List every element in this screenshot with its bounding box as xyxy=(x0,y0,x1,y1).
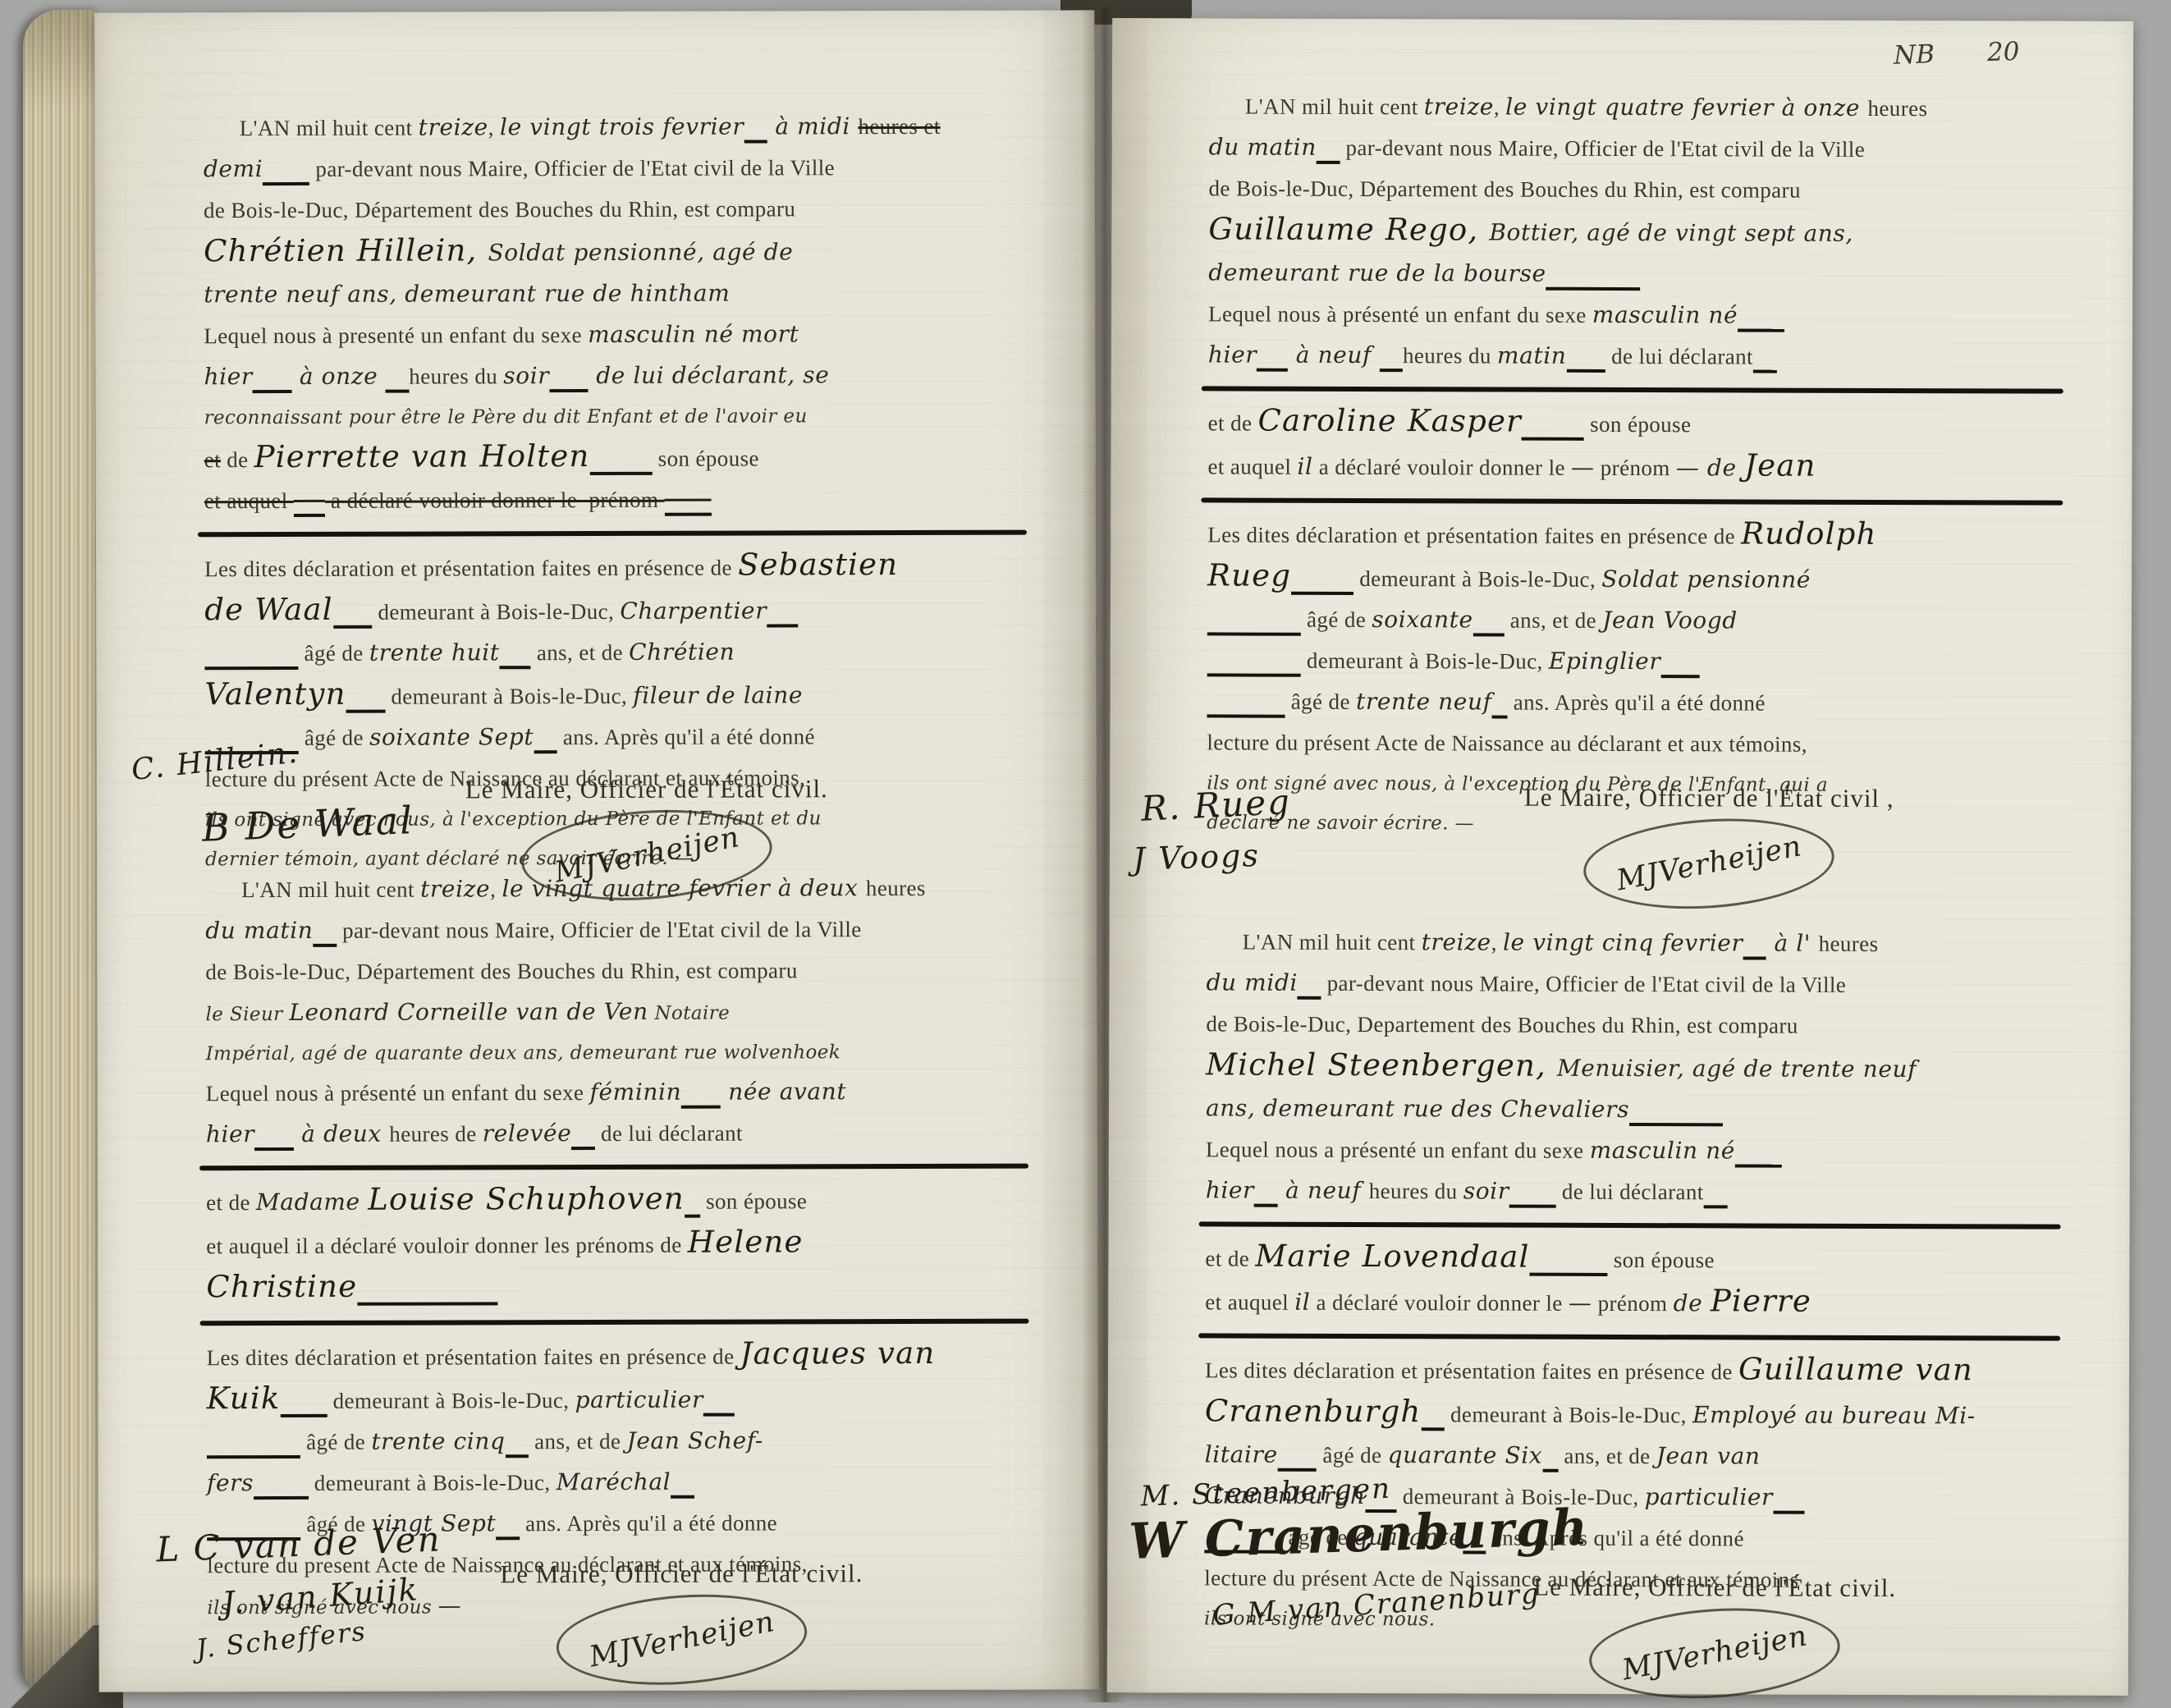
text-segment: Cranenburgh xyxy=(1205,1393,1422,1429)
act-line: et de Madame Louise Schuphoven son épous… xyxy=(206,1179,1027,1225)
text-segment: et auquel xyxy=(1205,1289,1294,1314)
text-segment: Guillaume Rego, xyxy=(1208,211,1489,247)
act-line: hier à onze heures du soir de lui déclar… xyxy=(204,356,1024,400)
text-segment xyxy=(496,1509,520,1540)
text-segment: ans, et de xyxy=(1505,608,1603,633)
text-segment: , xyxy=(1491,931,1503,955)
text-segment: Marie Lovendaal xyxy=(1255,1239,1529,1275)
separator-rule xyxy=(1202,386,2063,393)
text-segment: Chrétien xyxy=(629,639,735,666)
folio-number: NB20 xyxy=(1894,37,2020,71)
text-segment xyxy=(1492,689,1508,719)
text-segment xyxy=(280,1387,327,1417)
text-segment xyxy=(1207,687,1285,717)
register-page-right: NB20 L'AN mil huit cent treize, le vingt… xyxy=(1107,18,2133,1696)
act-line: Impérial, agé de quarante deux ans, deme… xyxy=(206,1033,1027,1075)
text-segment: trente neuf xyxy=(1356,688,1492,716)
act-line: L'AN mil huit cent treize, le vingt troi… xyxy=(204,108,1024,151)
text-segment: — xyxy=(1571,454,1595,481)
act-line: Les dites déclaration et présentation fa… xyxy=(204,546,1025,592)
text-segment: Madame xyxy=(256,1188,368,1216)
text-segment xyxy=(294,487,325,517)
text-segment: demeurant à Bois-le-Duc, xyxy=(1301,648,1549,674)
mayor-title-act3: Le Maire, Officier de l'État civil , xyxy=(1454,781,1963,815)
mayor-attestation-act3: Le Maire, Officier de l'État civil , MJV… xyxy=(1454,781,1963,909)
text-segment: , xyxy=(488,115,500,140)
act-line: de Bois-le-Duc, Departement des Bouches … xyxy=(1206,1005,2059,1048)
act-line: âgé de soixante Sept ans. Après qu'il a … xyxy=(205,717,1026,761)
text-segment: Employé au bureau Mi- xyxy=(1692,1401,1976,1429)
act-line: L'AN mil huit cent treize, le vingt quat… xyxy=(1209,87,2063,131)
text-segment: ans, demeurant rue des Chevaliers xyxy=(1206,1094,1629,1123)
text-segment: particulier xyxy=(1645,1483,1773,1510)
text-segment xyxy=(254,1120,294,1151)
text-segment: heures de xyxy=(389,1121,483,1146)
mayor-attestation-act2: Le Maire, Officier de l'État civil. MJVe… xyxy=(427,1557,936,1685)
text-segment: masculin xyxy=(588,321,696,348)
text-segment: par-devant nous Maire, Officier de l'Eta… xyxy=(337,917,862,943)
act-line: et auquel il a déclaré vouloir donner le… xyxy=(206,1223,1027,1269)
text-segment: Jean van xyxy=(1656,1442,1761,1469)
signature-witness1-act3: R. Rueg xyxy=(1140,781,1292,829)
text-segment: L'AN mil huit cent xyxy=(241,877,420,903)
act-line: et de Caroline Kasper son épouse xyxy=(1208,401,2062,447)
text-segment: Impérial, agé de quarante deux ans, deme… xyxy=(206,1042,841,1065)
act-line: Les dites déclaration et présentation fa… xyxy=(1205,1349,2059,1394)
text-segment: Helene xyxy=(688,1224,804,1259)
text-segment: Guillaume van xyxy=(1738,1351,1973,1387)
text-segment: et de xyxy=(1205,1246,1255,1271)
separator-rule xyxy=(198,530,1027,538)
text-segment: à deux xyxy=(294,1120,390,1147)
text-segment: treize xyxy=(420,875,490,902)
text-segment xyxy=(589,445,652,475)
text-segment: Lequel nous à présenté un enfant du sexe xyxy=(206,1080,590,1106)
text-segment: Soldat pensionné xyxy=(1601,566,1811,593)
text-segment: le vingt quatre fevrier xyxy=(502,874,770,902)
act-line: âgé de soixante ans, et de Jean Voogd xyxy=(1207,600,2061,643)
text-segment: treize xyxy=(1424,93,1494,120)
act-line: de Bois-le-Duc, Département des Bouches … xyxy=(205,951,1026,995)
text-segment xyxy=(1298,969,1321,1000)
signature-witness-act1: B De Waal xyxy=(201,798,415,850)
text-segment: de lui déclarant, se xyxy=(589,361,830,389)
text-segment: Lequel nous a présenté un enfant du sexe xyxy=(1206,1137,1590,1162)
text-segment: féminin xyxy=(589,1078,681,1106)
text-segment: le vingt cinq fevrier xyxy=(1503,929,1743,957)
act-line: du matin par-devant nous Maire, Officier… xyxy=(205,910,1026,954)
text-segment xyxy=(744,112,767,143)
text-segment: Jean Voogd xyxy=(1602,607,1738,634)
text-segment: il xyxy=(1294,1289,1310,1316)
text-segment: âgé de xyxy=(1301,607,1372,632)
act-line: reconnaissant pour être le Père du dit E… xyxy=(204,397,1025,439)
mayor-signature-oval-act2: MJVerheijen xyxy=(553,1587,810,1693)
text-segment: L'AN mil huit cent xyxy=(1245,94,1424,120)
act-line: et de Pierrette van Holten son épouse xyxy=(204,437,1025,483)
text-segment: Les dites déclaration et présentation fa… xyxy=(1207,522,1741,548)
text-segment: Epinglier xyxy=(1549,648,1661,675)
act-line: hier à deux heures de relevée de lui déc… xyxy=(206,1114,1027,1157)
text-segment: Jacques van xyxy=(740,1335,936,1371)
text-segment xyxy=(505,1427,529,1458)
birth-act-3: L'AN mil huit cent treize, le vingt quat… xyxy=(1207,87,2063,845)
text-segment: Les dites déclaration et présentation fa… xyxy=(1205,1358,1738,1384)
text-segment: demi xyxy=(204,155,263,182)
text-segment xyxy=(1753,343,1777,373)
text-segment: ans, et de xyxy=(531,640,630,665)
birth-act-2: L'AN mil huit cent treize, le vingt quat… xyxy=(205,869,1028,1629)
text-segment xyxy=(346,683,386,713)
text-segment: ans, et de xyxy=(529,1429,627,1454)
text-segment: âgé de xyxy=(298,641,369,666)
text-segment: le vingt quatre fevrier xyxy=(1505,94,1774,121)
text-segment xyxy=(500,639,531,669)
text-segment: heures et xyxy=(858,114,940,139)
text-segment xyxy=(571,1120,595,1150)
act-line: Valentyn demeurant à Bois-le-Duc, fileur… xyxy=(204,674,1025,720)
act-line: et auquel il a déclaré vouloir donner le… xyxy=(1207,445,2061,491)
text-segment: lecture du présent Acte de Naissance au … xyxy=(1207,730,1807,756)
text-segment xyxy=(1530,1246,1608,1276)
act-line: Lequel nous a présenté un enfant du sexe… xyxy=(1206,1130,2059,1174)
text-segment: et auquel xyxy=(1207,454,1297,479)
text-segment xyxy=(1660,648,1700,678)
text-segment: demeurant à Bois-le-Duc, xyxy=(385,684,633,709)
text-segment: de Bois-le-Duc, Département des Bouches … xyxy=(204,196,795,222)
text-segment: son épouse xyxy=(700,1188,807,1213)
text-segment xyxy=(681,1078,721,1109)
text-segment: à l' xyxy=(1766,930,1819,957)
text-segment xyxy=(534,723,557,753)
text-segment: fileur de laine xyxy=(633,681,803,709)
text-segment: reconnaissant pour être le Père du dit E… xyxy=(204,405,808,428)
act-line: Lequel nous à présenté un enfant du sexe… xyxy=(1208,295,2062,338)
act-line: du midi par-devant nous Maire, Officier … xyxy=(1206,964,2059,1007)
text-segment xyxy=(1566,342,1605,373)
text-segment: Soldat pensionné, agé de xyxy=(488,238,793,266)
text-segment: demeurant à Bois-le-Duc, xyxy=(372,599,620,625)
text-segment xyxy=(253,363,292,393)
text-segment: heures xyxy=(866,876,926,900)
act-line: Les dites déclaration et présentation fa… xyxy=(1207,513,2061,559)
act-line: de Waal demeurant à Bois-le-Duc, Charpen… xyxy=(204,589,1025,635)
text-segment: prénom xyxy=(1592,1291,1673,1316)
text-segment: le vingt trois fevrier xyxy=(500,113,744,141)
text-segment xyxy=(703,1386,735,1417)
folio-page-number: 20 xyxy=(1986,37,2020,67)
act-line: Les dites déclaration et présentation fa… xyxy=(207,1335,1028,1381)
text-segment xyxy=(254,1469,309,1500)
text-segment: née avant xyxy=(721,1078,847,1105)
text-segment xyxy=(263,155,309,185)
text-segment: L'AN mil huit cent xyxy=(240,116,419,141)
text-segment: de Waal xyxy=(204,592,333,627)
text-segment: Les dites déclaration et présentation fa… xyxy=(204,556,738,582)
mayor-title-act4: Le Maire, Officier de l'État civil. xyxy=(1460,1570,1969,1605)
text-segment xyxy=(664,486,711,516)
text-segment xyxy=(1773,1484,1804,1514)
act-line: âgé de trente cinq ans, et de Jean Schef… xyxy=(207,1422,1028,1465)
text-segment xyxy=(1254,1177,1278,1207)
act-line: âgé de trente neuf ans. Après qu'il a ét… xyxy=(1207,682,2061,726)
text-segment: âgé de xyxy=(1317,1443,1388,1468)
text-segment: par-devant nous Maire, Officier de l'Eta… xyxy=(309,155,835,181)
text-segment xyxy=(1379,341,1403,372)
text-segment xyxy=(1317,134,1340,164)
text-segment: Louise Schuphoven xyxy=(368,1181,685,1217)
text-segment: a déclaré vouloir donner le xyxy=(1313,455,1572,480)
text-segment: Jean Schef- xyxy=(626,1426,763,1454)
mayor-title-act1: Le Maire, Officier de l'État civil. xyxy=(392,772,901,807)
text-segment: matin xyxy=(1497,342,1567,369)
text-segment: ans, et de xyxy=(1558,1444,1656,1468)
text-segment: demeurant à Bois-le-Duc, xyxy=(309,1470,556,1495)
text-segment: par-devant nous Maire, Officier de l'Eta… xyxy=(1321,971,1846,997)
text-segment: Christine xyxy=(206,1269,357,1304)
mayor-signature-act4: MJVerheijen xyxy=(1619,1619,1810,1687)
text-segment xyxy=(1522,410,1584,441)
text-segment: âgé de xyxy=(1285,689,1357,714)
act-line: Kuik demeurant à Bois-le-Duc, particulie… xyxy=(207,1378,1028,1424)
text-segment: de xyxy=(1674,1289,1711,1316)
text-segment: masculin xyxy=(1592,301,1701,328)
text-segment: prénom xyxy=(583,488,664,512)
text-segment: il xyxy=(1297,453,1312,480)
text-segment: Bottier, agé de vingt sept ans, xyxy=(1489,218,1853,246)
text-segment xyxy=(333,598,373,629)
text-segment: son épouse xyxy=(652,446,758,470)
text-segment: L'AN mil huit cent xyxy=(1243,930,1422,955)
text-segment: du midi xyxy=(1206,968,1298,996)
text-segment: de Bois-le-Duc, Département des Bouches … xyxy=(205,958,797,984)
act-line: de Bois-le-Duc, Département des Bouches … xyxy=(204,190,1024,233)
text-segment: et xyxy=(204,447,221,472)
act-line: du matin par-devant nous Maire, Officier… xyxy=(1209,128,2063,172)
text-segment: heures du xyxy=(1403,343,1497,368)
act-line: hier à neuf heures du matin de lui décla… xyxy=(1208,336,2062,379)
text-segment: particulier xyxy=(575,1386,703,1413)
text-segment xyxy=(685,1188,700,1218)
text-segment: ans. Après qu'il a été donné xyxy=(557,724,815,749)
separator-rule xyxy=(199,1319,1028,1326)
text-segment: trente cinq xyxy=(371,1427,505,1454)
text-segment: relevée xyxy=(483,1120,572,1147)
text-segment xyxy=(1278,1441,1317,1472)
text-segment: heures xyxy=(1819,932,1879,956)
act-line: demeurant à Bois-le-Duc, Epinglier xyxy=(1207,641,2061,685)
text-segment: son épouse xyxy=(1608,1248,1715,1272)
text-segment: Leonard Corneille van de Ven xyxy=(289,998,648,1026)
act-line: Guillaume Rego, Bottier, agé de vingt se… xyxy=(1208,210,2062,256)
text-segment: fers xyxy=(207,1469,254,1496)
text-segment: âgé de xyxy=(300,1430,371,1454)
text-segment: et de xyxy=(206,1190,256,1215)
text-segment: Rueg xyxy=(1207,557,1291,593)
text-segment: à neuf xyxy=(1278,1177,1369,1204)
text-segment: né xyxy=(1701,301,1738,328)
text-segment: soir xyxy=(503,362,549,389)
text-segment xyxy=(207,1428,300,1458)
text-segment: treize xyxy=(419,113,488,140)
mayor-signature-oval-act4: MJVerheijen xyxy=(1587,1600,1844,1706)
text-segment: demeurant à Bois-le-Duc, xyxy=(1445,1402,1692,1427)
text-segment xyxy=(357,1275,497,1305)
text-segment: du matin xyxy=(205,917,313,944)
text-segment: , xyxy=(490,877,502,901)
signature-witness2-act3: J Voogs xyxy=(1132,837,1260,877)
text-segment: le Sieur xyxy=(205,1004,289,1025)
act-line: L'AN mil huit cent treize, le vingt cinq… xyxy=(1207,923,2060,966)
text-segment xyxy=(1743,929,1766,959)
text-segment: heures du xyxy=(1369,1179,1463,1203)
text-segment xyxy=(313,917,337,947)
text-segment: demeurant rue de la bourse xyxy=(1208,259,1546,286)
text-segment: , xyxy=(1494,95,1505,120)
act-line: de Bois-le-Duc, Département des Bouches … xyxy=(1208,169,2062,213)
text-segment: et auquel xyxy=(204,488,294,513)
register-page-left: L'AN mil huit cent treize, le vingt troi… xyxy=(94,10,1098,1692)
text-segment: prénom xyxy=(1595,456,1676,480)
text-segment: né mort xyxy=(696,320,799,347)
text-segment xyxy=(204,639,298,670)
text-segment: son épouse xyxy=(1584,412,1691,437)
text-segment: demeurant à Bois-le-Duc, xyxy=(1353,566,1601,592)
text-segment: quarante Six xyxy=(1388,1441,1543,1469)
separator-rule xyxy=(1201,497,2063,505)
text-segment: Lequel nous à presenté un enfant du sexe xyxy=(204,323,588,348)
text-segment xyxy=(1735,1137,1782,1167)
act-line: Cranenburgh demeurant à Bois-le-Duc, Emp… xyxy=(1205,1392,2059,1438)
text-segment: âgé de xyxy=(299,726,369,750)
text-segment: à neuf xyxy=(1288,341,1379,369)
text-segment xyxy=(767,597,798,627)
text-segment: Caroline Kasper xyxy=(1257,403,1522,439)
text-segment: par-devant nous Maire, Officier de l'Eta… xyxy=(1340,135,1865,162)
text-segment: hier xyxy=(204,363,252,390)
text-segment: du matin xyxy=(1209,133,1317,160)
text-segment: soixante Sept xyxy=(369,723,534,751)
text-segment: et de xyxy=(1208,410,1258,435)
act-line: demeurant rue de la bourse xyxy=(1208,254,2062,297)
text-segment: Charpentier xyxy=(620,597,767,624)
act-line: Rueg demeurant à Bois-le-Duc, Soldat pen… xyxy=(1207,556,2061,602)
mayor-attestation-act4: Le Maire, Officier de l'État civil. MJVe… xyxy=(1460,1570,1969,1698)
text-segment: — de xyxy=(1676,454,1744,481)
text-segment xyxy=(1473,606,1505,636)
text-segment: Lequel nous à présenté un enfant du sexe xyxy=(1208,301,1592,327)
act-line: Christine xyxy=(206,1266,1027,1312)
text-segment: Chrétien Hillein, xyxy=(204,232,488,268)
text-segment: ans. Après qu'il a été donné xyxy=(1508,690,1766,716)
text-segment: Kuik xyxy=(207,1381,281,1416)
text-segment xyxy=(386,363,410,393)
folio-mark: NB xyxy=(1894,39,1935,71)
mayor-signature-oval-act3: MJVerheijen xyxy=(1581,811,1838,916)
act-line: fers demeurant à Bois-le-Duc, Maréchal xyxy=(207,1463,1028,1506)
text-segment: Menuisier, agé de trente neuf xyxy=(1557,1055,1917,1083)
mayor-signature-act3: MJVerheijen xyxy=(1614,830,1804,897)
act-line: Chrétien Hillein, Soldat pensionné, agé … xyxy=(204,231,1024,277)
text-segment: heures du xyxy=(409,364,503,388)
act-line: le Sieur Leonard Corneille van de Ven No… xyxy=(205,992,1026,1036)
text-segment xyxy=(1509,1178,1556,1208)
text-segment: à deux xyxy=(770,874,866,901)
text-segment: Michel Steenbergen, xyxy=(1206,1046,1557,1083)
act-line: et auquel il a déclaré vouloir donner le… xyxy=(1205,1280,2059,1326)
text-segment: trente huit xyxy=(369,639,500,666)
text-segment: ans. Après qu'il a été donne xyxy=(520,1510,777,1536)
act-line: Lequel nous à presenté un enfant du sexe… xyxy=(204,315,1024,359)
text-segment: treize xyxy=(1422,928,1491,955)
separator-rule xyxy=(199,1164,1028,1171)
act-line: demi par-devant nous Maire, Officier de … xyxy=(204,149,1024,192)
separator-rule xyxy=(1198,1333,2060,1340)
act-line: Michel Steenbergen, Menuisier, agé de tr… xyxy=(1206,1046,2059,1092)
text-segment: de lui déclarant xyxy=(595,1121,743,1146)
text-segment: Sebastien xyxy=(738,547,898,583)
text-segment: né xyxy=(1698,1137,1735,1164)
mayor-title-act2: Le Maire, Officier de l'État civil. xyxy=(427,1557,936,1591)
act-line: lecture du présent Acte de Naissance au … xyxy=(1207,723,2060,767)
act-line: Lequel nous à présenté un enfant du sexe… xyxy=(206,1073,1027,1116)
text-segment: Pierrette van Holten xyxy=(254,438,590,474)
separator-rule xyxy=(1199,1221,2061,1229)
text-segment xyxy=(1257,341,1288,372)
text-segment: et auquel il a déclaré vouloir donner le… xyxy=(206,1233,688,1259)
text-segment: — xyxy=(1569,1289,1592,1316)
text-segment xyxy=(1542,1442,1558,1472)
text-segment xyxy=(1207,605,1301,635)
text-segment: trente neuf ans, demeurant rue de hintha… xyxy=(204,280,730,309)
text-segment: soixante xyxy=(1372,606,1473,633)
text-segment: Valentyn xyxy=(204,676,346,712)
text-segment: Notaire xyxy=(648,1003,730,1024)
act-line: et de Marie Lovendaal son épouse xyxy=(1205,1237,2059,1283)
book-page-edges xyxy=(23,10,100,1692)
text-segment: Les dites déclaration et présentation fa… xyxy=(207,1344,740,1371)
text-segment: Rudolph xyxy=(1741,515,1877,552)
text-segment: a déclaré vouloir donner le xyxy=(325,488,584,513)
text-segment: de Bois-le-Duc, Département des Bouches … xyxy=(1209,176,1801,202)
text-segment: litaire xyxy=(1205,1440,1278,1468)
text-segment: soir xyxy=(1463,1177,1509,1204)
text-segment: de Bois-le-Duc, Departement des Bouches … xyxy=(1206,1011,1798,1037)
text-segment: hier xyxy=(1208,341,1257,368)
text-segment xyxy=(1421,1400,1445,1431)
text-segment: de xyxy=(221,447,254,472)
act-line: et auquel a déclaré vouloir donner le pr… xyxy=(204,480,1025,524)
text-segment: de lui déclarant xyxy=(1605,344,1753,369)
text-segment xyxy=(1207,646,1301,676)
text-segment: masculin xyxy=(1590,1137,1698,1164)
act-line: litaire âgé de quarante Six ans, et de J… xyxy=(1205,1436,2059,1479)
act-line: ans, demeurant rue des Chevaliers xyxy=(1206,1089,2059,1133)
act-line: hier à neuf heures du soir de lui déclar… xyxy=(1206,1171,2059,1215)
text-segment: à onze xyxy=(291,363,386,390)
text-segment xyxy=(1704,1178,1728,1208)
act-line: âgé de trente huit ans, et de Chrétien xyxy=(204,633,1025,676)
text-segment: a déclaré vouloir donner le xyxy=(1310,1290,1569,1316)
act-line: L'AN mil huit cent treize, le vingt quat… xyxy=(205,869,1026,913)
text-segment: Pierre xyxy=(1711,1283,1811,1318)
text-segment: de lui déclarant xyxy=(1556,1179,1704,1205)
text-segment: à onze xyxy=(1774,94,1868,121)
text-segment xyxy=(1291,565,1353,595)
text-segment xyxy=(671,1468,694,1499)
text-segment xyxy=(1738,301,1784,332)
act-line: trente neuf ans, demeurant rue de hintha… xyxy=(204,274,1024,318)
